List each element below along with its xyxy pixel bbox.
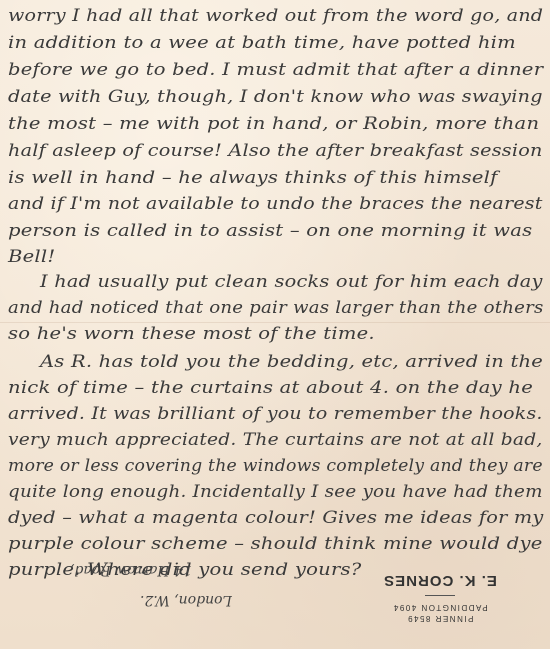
letter-line: worry I had all that worked out from the… [8,6,543,26]
letterhead-name-block: PINNER 8549 PADDINGTON 4094 E. K. CORNES [375,572,505,624]
letter-line: so he's worn these most of the time. [8,324,375,344]
letter-line: dyed – what a magenta colour! Gives me i… [8,508,543,528]
paper-fold-line [0,322,550,323]
letter-line: As R. has told you the bedding, etc, arr… [40,352,543,372]
letter-line: before we go to bed. I must admit that a… [8,60,543,80]
letter-line: purple colour scheme – should think mine… [8,534,543,554]
letterhead-phone-paddington: PADDINGTON 4094 [375,602,505,613]
letter-line: and had noticed that one pair was larger… [8,298,544,318]
letterhead-divider [425,595,455,596]
show-through-text [320,585,325,604]
letter-line: and if I'm not available to undo the bra… [8,194,543,214]
letterhead-address-line-2: London, W.2. [70,592,250,608]
letter-line: is well in hand – he always thinks of th… [8,168,498,188]
letter-line: the most – me with pot in hand, or Robin… [8,114,539,134]
letter-line: quite long enough. Incidentally I see yo… [8,482,543,502]
letter-line: person is called in to assist – on one m… [8,221,532,241]
letter-line: more or less covering the windows comple… [8,456,543,476]
letter-line: very much appreciated. The curtains are … [8,430,543,450]
letter-line: nick of time – the curtains at about 4. … [8,378,533,398]
letter-line: I had usually put clean socks out for hi… [40,272,543,292]
letterhead-name: E. K. CORNES [375,572,505,589]
letter-line: Bell! [8,247,55,267]
letter-line: in addition to a wee at bath time, have … [8,33,516,53]
letter-line: date with Guy, though, I don't know who … [8,87,543,107]
letter-line: purple. Where did you send yours? [8,560,361,580]
letterhead-phone-pinner: PINNER 8549 [375,613,505,624]
letter-line: half asleep of course! Also the after br… [8,141,543,161]
letter-line: arrived. It was brilliant of you to reme… [8,404,543,424]
letter-page: worry I had all that worked out from the… [0,0,550,649]
